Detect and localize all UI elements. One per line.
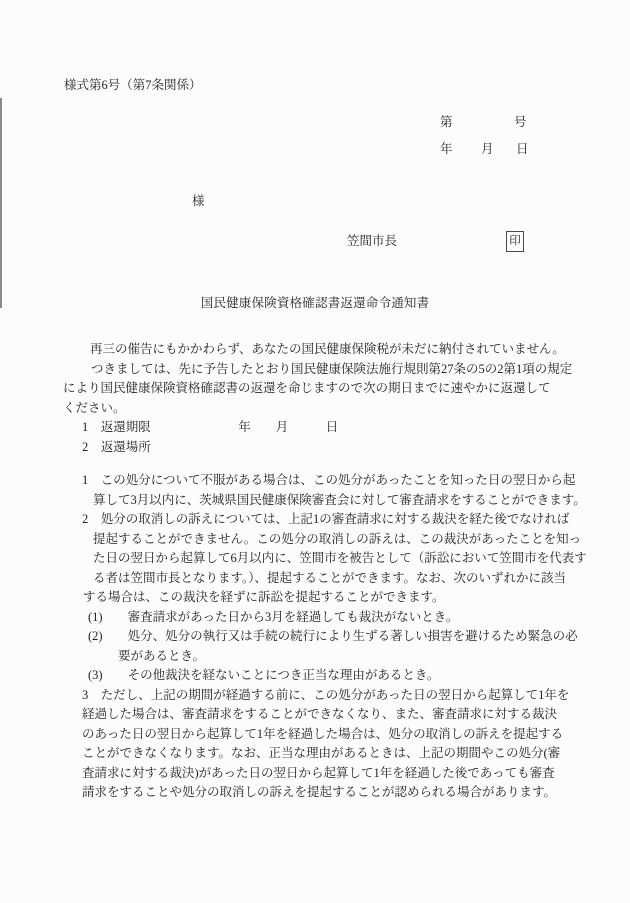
appeal-note-line: 1 この処分について不服がある場合は、この処分があったことを知った日の翌日から起: [63, 471, 583, 491]
appeal-note-line: る者は笠間市長となります。）、提起することができます。なお、次のいずれかに該当: [63, 569, 583, 589]
document-title: 国民健康保険資格確認書返還命令通知書: [0, 293, 630, 311]
body-paragraph-line: ください。: [63, 399, 583, 419]
issue-date-year-label: 年: [440, 142, 453, 156]
appeal-note-line: する場合は、この裁決を経ずに訴訟を提起することができます。: [63, 588, 583, 608]
issue-date-month-label: 月: [481, 142, 494, 156]
appeal-note-line: 経過した場合は、審査請求をすることができなくなり、また、審査請求に対する裁決: [63, 705, 583, 725]
appeal-subitem-line: (1) 審査請求があった日から3月を経過しても裁決がないとき。: [63, 608, 583, 628]
appeal-subitem-line: 要があるとき。: [63, 647, 583, 667]
issue-date-day-label: 日: [516, 142, 529, 156]
issuer-name: 笠間市長: [347, 234, 397, 248]
return-place-line: 2 返還場所: [63, 438, 583, 458]
return-deadline-line: 1 返還期限 年 月 日: [63, 418, 583, 438]
scan-edge-artifact: [0, 98, 2, 308]
doc-number-suffix: 号: [514, 115, 527, 129]
appeal-note-line: のあった日の翌日から起算して1年を経過した場合は、処分の取消しの訴えを提起する: [63, 725, 583, 745]
form-number-label: 様式第6号（第7条関係）: [64, 78, 202, 92]
appeal-note-line: 査請求に対する裁決)があった日の翌日から起算して1年を経過した後であっても審査: [63, 764, 583, 784]
appeal-note-line: た日の翌日から起算して6月以内に、笠間市を被告として（訴訟において笠間市を代表す: [63, 549, 583, 569]
appeal-note-line: 提起することができません。この処分の取消しの訴えは、この裁決があったことを知っ: [63, 530, 583, 550]
body-paragraph-line: 再三の催告にもかかわらず、あなたの国民健康保険税が未だに納付されていません。: [63, 340, 583, 360]
appeal-note-line: ことができなくなります。なお、正当な理由があるときは、上記の期間やこの処分(審: [63, 744, 583, 764]
section-spacer: [63, 457, 583, 471]
addressee-honorific: 様: [192, 194, 205, 208]
doc-number-prefix: 第: [440, 115, 453, 129]
body-paragraph-line: つきましては、先に予告したとおり国民健康保険法施行規則第27条の5の2第1項の規…: [63, 360, 583, 380]
seal-mark: 印: [506, 231, 524, 252]
appeal-note-line: 3 ただし、上記の期間が経過する前に、この処分があった日の翌日から起算して1年を: [63, 686, 583, 706]
document-page: 様式第6号（第7条関係） 第 号 年 月 日 様 笠間市長 印 国民健康保険資格…: [0, 0, 630, 903]
appeal-note-line: 請求をすることや処分の取消しの訴えを提起することが認められる場合があります。: [63, 783, 583, 803]
document-body: 再三の催告にもかかわらず、あなたの国民健康保険税が未だに納付されていません。 つ…: [63, 340, 583, 803]
appeal-subitem-line: (2) 処分、処分の執行又は手続の続行により生ずる著しい損害を避けるため緊急の必: [63, 627, 583, 647]
appeal-subitem-line: (3) その他裁決を経ないことにつき正当な理由があるとき。: [63, 666, 583, 686]
body-paragraph-line: により国民健康保険資格確認書の返還を命じますので次の期日までに速やかに返還して: [63, 379, 583, 399]
appeal-note-line: 算して3月以内に、茨城県国民健康保険審査会に対して審査請求をすることができます。: [63, 491, 583, 511]
appeal-note-line: 2 処分の取消しの訴えについては、上記1の審査請求に対する裁決を経た後でなければ: [63, 510, 583, 530]
